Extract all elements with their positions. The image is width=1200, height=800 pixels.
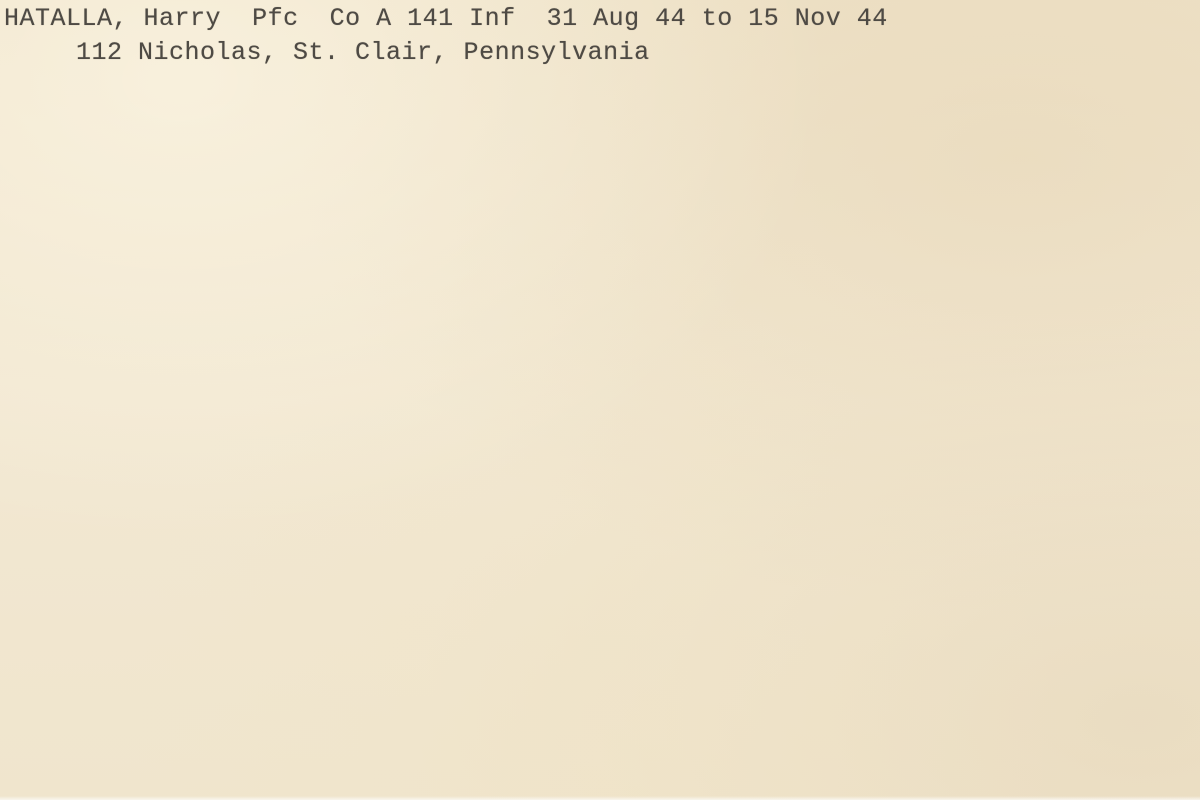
service-start-date: 31 Aug 44 [547, 4, 687, 33]
service-end-date: 15 Nov 44 [748, 4, 888, 33]
index-card: HATALLA, Harry Pfc Co A 141 Inf 31 Aug 4… [0, 0, 1200, 800]
rank: Pfc [252, 4, 299, 33]
address-line: 112 Nicholas, St. Clair, Pennsylvania [76, 40, 650, 65]
date-separator: to [702, 4, 733, 33]
given-name: Harry [144, 4, 222, 33]
surname: HATALLA, [4, 4, 128, 33]
unit: Co A 141 Inf [330, 4, 516, 33]
card-header-line: HATALLA, Harry Pfc Co A 141 Inf 31 Aug 4… [4, 6, 888, 31]
